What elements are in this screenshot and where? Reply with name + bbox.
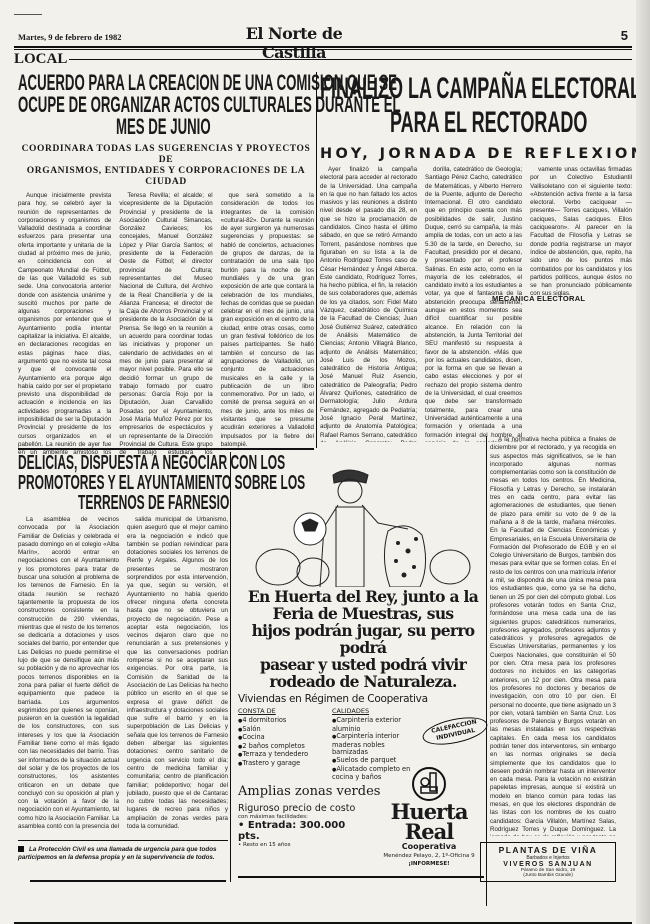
price-title: Riguroso precio de costo <box>238 803 368 814</box>
body-text: dorilla, catedrático de Geología; Santia… <box>425 166 522 442</box>
column-divider <box>230 452 231 882</box>
headline-line: TERRENOS DE FARNESIO <box>78 492 229 515</box>
quality-item: Carpintería interior maderas nobles barn… <box>332 733 422 757</box>
ad-headline-line: pasear y usted podrá vivir <box>238 656 488 673</box>
notice-bottom-rule <box>30 880 226 882</box>
article-body: Aunque inicialmente prevista para hoy, s… <box>18 192 314 458</box>
subhead-line: ORGANISMOS, ENTIDADES Y CORPORACIONES DE… <box>18 166 314 188</box>
body-column: que será sometido a la consideración de … <box>221 192 314 458</box>
consta-list: CONSTA DE 4 dormitorios Salón Cocina 2 b… <box>238 707 326 782</box>
notice-text: La Protección Civil es una llamada de ur… <box>18 846 217 861</box>
body-text: La asamblea de vecinos convocada por la … <box>18 516 119 830</box>
protection-civil-notice: La Protección Civil es una llamada de ur… <box>18 846 228 862</box>
price-block: Riguroso precio de costo con máximas fac… <box>238 803 368 848</box>
bullet-square-icon <box>18 846 24 852</box>
subhead-line: COORDINARA TODAS LAS SUGERENCIAS Y PROYE… <box>18 144 314 166</box>
headline-cultural: ACUERDO PARA LA CREACION DE UNA COMISION… <box>18 68 314 140</box>
brand-name: Huerta Real <box>370 802 488 842</box>
mecanica-electoral-section: A la normativa hecha pública a finales d… <box>490 436 616 836</box>
subhead-rectorado: HOY, JORNADA DE REFLEXION <box>320 146 632 162</box>
subsection-title: MECANICA ELECTORAL <box>492 294 585 303</box>
body-column: Teresa Revilla; el alcalde; el vicepresi… <box>119 192 212 458</box>
body-text: salida municipal de Urbanismo, quien ase… <box>127 516 228 830</box>
quality-item: Carpintería exterior aluminio <box>332 717 422 733</box>
article-rectorado: FINALIZO LA CAMPAÑA ELECTORAL PARA EL RE… <box>320 68 632 442</box>
feature-item: Trastero y garage <box>238 760 326 769</box>
ad-illustration <box>238 457 488 587</box>
brand-cta: ¡INFORMESE! <box>370 861 488 867</box>
body-column: Aunque inicialmente prevista para hoy, s… <box>18 192 111 458</box>
article-separator <box>18 448 314 450</box>
notice-top-rule <box>18 840 228 841</box>
headline-line: PARA EL RECTORADO <box>390 106 535 140</box>
body-column: salida municipal de Urbanismo, quien ase… <box>127 516 228 830</box>
vina-contact: (Junto Bambis Grande) <box>481 873 615 878</box>
ad-headline: En Huerta del Rey, junto a la Feria de M… <box>238 588 488 690</box>
body-column: dorilla, catedrático de Geología; Santia… <box>425 166 522 442</box>
body-text: A la normativa hecha pública a finales d… <box>490 436 616 836</box>
ad-bottom-rule <box>238 876 484 878</box>
headline-rectorado: FINALIZO LA CAMPAÑA ELECTORAL PARA EL RE… <box>320 72 632 140</box>
ad-regime: Viviendas en Régimen de Cooperativa <box>238 693 488 705</box>
masthead: Martes, 9 de febrero de 1982 El Norte de… <box>14 22 632 48</box>
column-divider <box>316 72 317 448</box>
advertisement-viveros: PLANTAS DE VIÑA Barbados e Injertos VIVE… <box>480 842 616 882</box>
section-header: LOCAL <box>14 50 632 66</box>
ad-headline-line: hijos podrán jugar, su perro podrá <box>238 622 488 656</box>
calidades-title: CALIDADES <box>332 707 422 715</box>
boy-dog-illustration-icon <box>238 457 488 587</box>
headline-delicias: DELICIAS, DISPUESTA A NEGOCIAR CON LOS P… <box>18 452 228 510</box>
article-body: Ayer finalizó la campaña electoral para … <box>320 166 632 442</box>
price-resto: • Resto en 15 años <box>238 842 368 848</box>
body-text: vamente unas octavillas firmadas por un … <box>530 166 632 299</box>
subhead-cultural: COORDINARA TODAS LAS SUGERENCIAS Y PROYE… <box>18 144 314 188</box>
newspaper-page: Martes, 9 de febrero de 1982 El Norte de… <box>14 0 632 924</box>
advertisement-huerta-real: En Huerta del Rey, junto a la Feria de M… <box>238 588 488 838</box>
body-text: Ayer finalizó la campaña electoral para … <box>320 166 417 442</box>
brand-address: Menéndez Pelayo, 2, 1º-Oficina 9 <box>370 853 488 859</box>
calefaccion-badge: CALEFACCION INDIVIDUAL <box>420 712 490 749</box>
ad-pricing: Riguroso precio de costo con máximas fac… <box>238 803 488 873</box>
article-body: La asamblea de vecinos convocada por la … <box>18 516 228 830</box>
vina-name: VIVEROS SANJUAN <box>481 861 615 868</box>
body-column: La asamblea de vecinos convocada por la … <box>18 516 119 830</box>
building-logo-icon <box>412 767 446 801</box>
page-number: 5 <box>621 28 628 43</box>
headline-line: MES DE JUNIO <box>116 114 211 140</box>
page-edge <box>636 0 650 924</box>
vina-title: PLANTAS DE VIÑA <box>481 845 615 855</box>
body-text: que será sometido a la consideración de … <box>221 192 314 449</box>
body-text: Aunque inicialmente prevista para hoy, s… <box>18 192 111 458</box>
body-column: Ayer finalizó la campaña electoral para … <box>320 166 417 442</box>
price-entrada: • Entrada: 300.000 pts. <box>238 820 368 842</box>
article-cultural: ACUERDO PARA LA CREACION DE UNA COMISION… <box>18 68 314 458</box>
body-column: A la normativa hecha pública a finales d… <box>490 436 616 836</box>
brand-sub: Cooperativa <box>370 842 488 851</box>
headline-line: FINALIZO LA CAMPAÑA ELECTORAL <box>320 72 507 106</box>
body-text: Teresa Revilla; el alcalde; el vicepresi… <box>119 192 212 458</box>
issue-date: Martes, 9 de febrero de 1982 <box>18 32 122 42</box>
section-rule <box>58 59 632 60</box>
article-delicias: DELICIAS, DISPUESTA A NEGOCIAR CON LOS P… <box>18 452 228 830</box>
scan-mark <box>14 14 42 15</box>
section-label: LOCAL <box>14 51 69 67</box>
body-column: vamente unas octavillas firmadas por un … <box>530 166 632 442</box>
ad-headline-line: Feria de Muestras, sus <box>238 605 488 622</box>
ad-headline-line: rodeado de Naturaleza. <box>238 673 488 690</box>
consta-title: CONSTA DE <box>238 707 326 715</box>
ad-headline-line: En Huerta del Rey, junto a la <box>238 588 488 605</box>
huerta-real-logo: Huerta Real Cooperativa Menéndez Pelayo,… <box>370 767 488 867</box>
